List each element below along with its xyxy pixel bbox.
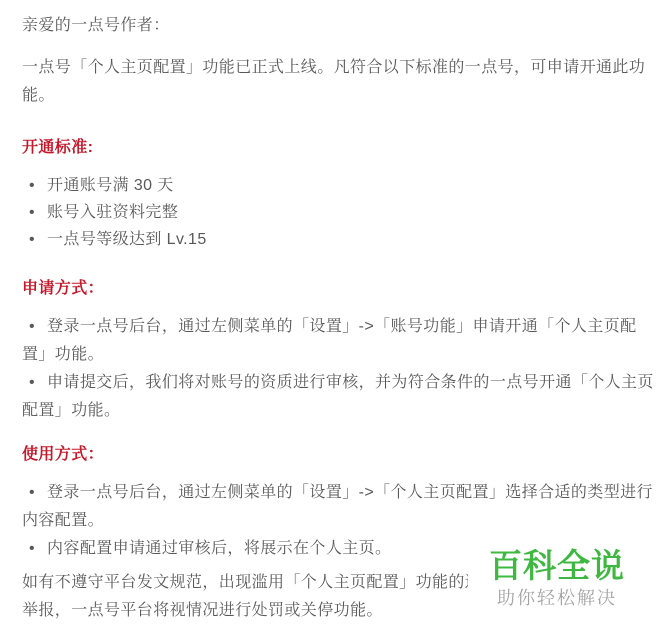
notice-document: 亲爱的一点号作者： 一点号「个人主页配置」功能已正式上线。凡符合以下标准的一点号… (0, 0, 658, 625)
bullet-icon: • (22, 479, 47, 507)
bullet-icon: • (22, 369, 47, 397)
list-item: •开通账号满 30 天 (22, 172, 644, 199)
watermark-logo: 百科全说 助你轻松解决 (468, 543, 646, 618)
bullet-icon: • (22, 313, 47, 341)
list-item-text: 登录一点号后台，通过左侧菜单的「设置」->「个人主页配置」选择合适的类型进行 (47, 484, 653, 501)
bullet-icon: • (22, 199, 47, 226)
greeting-text: 亲爱的一点号作者： (22, 12, 644, 40)
watermark-title: 百科全说 (468, 548, 646, 584)
watermark-subtitle: 助你轻松解决 (468, 586, 646, 610)
list-item-text: 账号入驻资料完整 (47, 204, 178, 221)
list-item: •申请提交后，我们将对账号的资质进行审核，并为符合条件的一点号开通「个人主页 (22, 369, 644, 397)
bullet-icon: • (22, 535, 47, 563)
list-item-text: 内容配置申请通过审核后，将展示在个人主页。 (47, 540, 391, 557)
activation-criteria-list: •开通账号满 30 天 •账号入驻资料完整 •一点号等级达到 Lv.15 (22, 172, 644, 253)
list-item: •登录一点号后台，通过左侧菜单的「设置」->「个人主页配置」选择合适的类型进行 (22, 479, 644, 507)
list-item: •一点号等级达到 Lv.15 (22, 226, 644, 253)
list-item-continuation: 内容配置。 (22, 507, 644, 535)
bullet-icon: • (22, 172, 47, 199)
list-item-text: 申请提交后，我们将对账号的资质进行审核，并为符合条件的一点号开通「个人主页 (47, 374, 654, 391)
intro-paragraph: 一点号「个人主页配置」功能已正式上线。凡符合以下标准的一点号，可申请开通此功 能… (22, 54, 644, 110)
bullet-icon: • (22, 226, 47, 253)
application-method-list: •登录一点号后台，通过左侧菜单的「设置」->「账号功能」申请开通「个人主页配 置… (22, 313, 644, 425)
section-heading-activation-criteria: 开通标准: (22, 134, 644, 162)
list-item-text: 开通账号满 30 天 (47, 177, 174, 194)
paragraph-line: 一点号「个人主页配置」功能已正式上线。凡符合以下标准的一点号，可申请开通此功 (22, 54, 644, 82)
list-item-text: 一点号等级达到 Lv.15 (47, 231, 207, 248)
paragraph-line: 能。 (22, 82, 644, 110)
section-heading-usage-method: 使用方式： (22, 441, 644, 469)
list-item: •账号入驻资料完整 (22, 199, 644, 226)
list-item: •登录一点号后台，通过左侧菜单的「设置」->「账号功能」申请开通「个人主页配 (22, 313, 644, 341)
section-heading-application-method: 申请方式： (22, 275, 644, 303)
list-item-continuation: 配置」功能。 (22, 397, 644, 425)
list-item-continuation: 置」功能。 (22, 341, 644, 369)
list-item-text: 登录一点号后台，通过左侧菜单的「设置」->「账号功能」申请开通「个人主页配 (47, 318, 636, 335)
